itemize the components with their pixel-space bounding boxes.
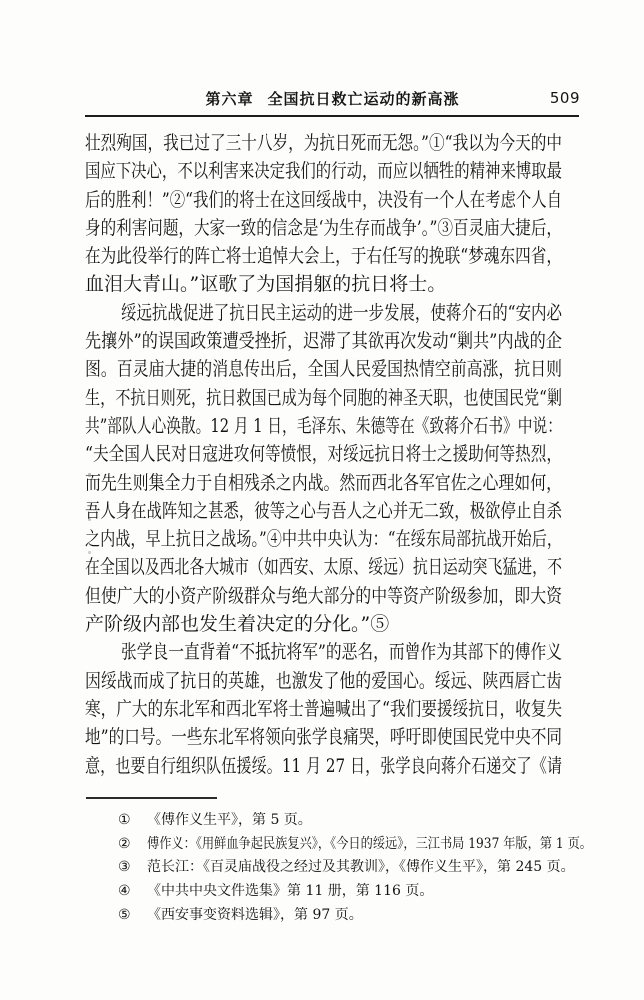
text-line: 地”的口号。一些东北军将领向张学良痛哭，呼吁即使国民党中央不同	[85, 723, 564, 751]
text-line-content: 因绥战而成了抗日的英雄，也激发了他的爱国心。绥远、陕西唇亡齿	[85, 667, 562, 695]
text-line: 意，也要自行组织队伍援绥。11 月 27 日，张学良向蒋介石递交了《请	[85, 752, 564, 780]
scan-artifact	[88, 518, 91, 521]
text-line: 而先生则集全力于自相残杀之内战。然而西北各军官佐之心理如何，	[85, 469, 564, 497]
page-number: 509	[550, 89, 580, 107]
chapter-heading: 第六章全国抗日救亡运动的新高涨	[85, 88, 580, 109]
footnote-text-wrap: 范长江：《百灵庙战役之经过及其教训》，《傅作义生平》，第 245 页。	[147, 856, 575, 880]
text-line: 但使广大的小资产阶级群众与绝大部分的中等资产阶级参加，即大资	[85, 582, 564, 610]
text-line: 吾人身在战阵知之甚悉，彼等之心与吾人之心并无二致，极欲停止自杀	[85, 497, 564, 525]
text-line-content: 而先生则集全力于自相残杀之内战。然而西北各军官佐之心理如何，	[85, 469, 562, 497]
text-line: 在为此役举行的阵亡将士追悼大会上，于右任写的挽联“梦魂东四省，	[85, 242, 564, 270]
scan-artifact	[88, 551, 91, 554]
footnote: ④ 《中共中央文件选集》第 11 册，第 116 页。	[118, 880, 596, 904]
footnote-marker: ③	[118, 856, 147, 880]
text-line-content: 张学良一直背着“不抵抗将军”的恶名，而曾作为其部下的傅作义	[121, 638, 562, 666]
scan-artifact	[88, 473, 91, 477]
footnote-text-wrap: 《西安事变资料选辑》，第 97 页。	[147, 904, 363, 928]
text-line: 绥远抗战促进了抗日民主运动的进一步发展，使蒋介石的“安内必	[85, 299, 564, 327]
text-line-content: 绥远抗战促进了抗日民主运动的进一步发展，使蒋介石的“安内必	[121, 299, 562, 327]
text-line-content: 在为此役举行的阵亡将士追悼大会上，于右任写的挽联“梦魂东四省，	[85, 242, 562, 270]
text-line-content: 图。百灵庙大捷的消息传出后，全国人民爱国热情空前高涨，抗日则	[85, 355, 562, 383]
text-line: 生，不抗日则死，抗日救国已成为每个同胞的神圣天职，也使国民党“剿	[85, 384, 564, 412]
chapter-title: 全国抗日救亡运动的新高涨	[268, 90, 460, 108]
footnote-text-wrap: 《中共中央文件选集》第 11 册，第 116 页。	[147, 880, 433, 904]
text-line: 血泪大青山。”讴歌了为国捐躯的抗日将士。	[85, 270, 564, 298]
text-line: 在全国以及西北各大城市（如西安、太原、绥远）抗日运动突飞猛进，不	[85, 553, 564, 581]
footnote-text: 傅作义：《用鲜血争起民族复兴》，《今日的绥远》，三江书局 1937 年版，第 1…	[147, 833, 592, 857]
footnote-marker: ②	[118, 833, 147, 857]
footnote: ② 傅作义：《用鲜血争起民族复兴》，《今日的绥远》，三江书局 1937 年版，第…	[118, 833, 596, 857]
text-line-content: 国应下决心，不以利害来决定我们的行动，而应以牺牲的精神来博取最	[85, 157, 562, 185]
text-line-content: 产阶级内部也发生着决定的分化。”⑤	[85, 610, 389, 638]
footnote-text: 《中共中央文件选集》第 11 册，第 116 页。	[147, 880, 433, 904]
text-line: 身的利害问题，大家一致的信念是‘为生存而战争’。”③百灵庙大捷后，	[85, 214, 564, 242]
text-line: 张学良一直背着“不抵抗将军”的恶名，而曾作为其部下的傅作义	[85, 638, 564, 666]
text-line: 图。百灵庙大捷的消息传出后，全国人民爱国热情空前高涨，抗日则	[85, 355, 564, 383]
text-line-content: 地”的口号。一些东北军将领向张学良痛哭，呼吁即使国民党中央不同	[85, 723, 562, 751]
text-line-content: 生，不抗日则死，抗日救国已成为每个同胞的神圣天职，也使国民党“剿	[85, 384, 562, 412]
page-header: 第六章全国抗日救亡运动的新高涨 509	[85, 88, 580, 110]
footnote-text: 《西安事变资料选辑》，第 97 页。	[147, 904, 363, 928]
text-line: 先攘外”的误国政策遭受挫折，迟滞了其欲再次发动“剿共”内战的企	[85, 327, 564, 355]
header-rule	[85, 115, 579, 117]
footnote-text: 范长江：《百灵庙战役之经过及其教训》，《傅作义生平》，第 245 页。	[147, 856, 575, 880]
text-line-content: 先攘外”的误国政策遭受挫折，迟滞了其欲再次发动“剿共”内战的企	[85, 327, 562, 355]
footnote: ① 《傅作义生平》，第 5 页。	[118, 809, 596, 833]
footnotes: ① 《傅作义生平》，第 5 页。 ② 傅作义：《用鲜血争起民族复兴》，《今日的绥…	[118, 809, 596, 927]
text-line-content: 意，也要自行组织队伍援绥。11 月 27 日，张学良向蒋介石递交了《请	[85, 752, 562, 780]
text-line: 因绥战而成了抗日的英雄，也激发了他的爱国心。绥远、陕西唇亡齿	[85, 667, 564, 695]
text-line: 壮烈殉国，我已过了三十八岁，为抗日死而无怨。”①“我以为今天的中	[85, 129, 564, 157]
body-text: 壮烈殉国，我已过了三十八岁，为抗日死而无怨。”①“我以为今天的中 国应下决心，不…	[85, 129, 564, 780]
text-line-content: 但使广大的小资产阶级群众与绝大部分的中等资产阶级参加，即大资	[85, 582, 562, 610]
text-line-content: 身的利害问题，大家一致的信念是‘为生存而战争’。”③百灵庙大捷后，	[85, 214, 562, 242]
chapter-number: 第六章	[205, 90, 253, 108]
text-line-content: 吾人身在战阵知之甚悉，彼等之心与吾人之心并无二致，极欲停止自杀	[85, 497, 562, 525]
text-line: 之内战，早上抗日之战场。”④中共中央认为：“在绥东局部抗战开始后，	[85, 525, 564, 553]
text-line: 共”部队人心涣散。12 月 1 日，毛泽东、朱德等在《致蒋介石书》中说：	[85, 412, 564, 440]
footnote-divider	[86, 797, 217, 799]
text-line: 国应下决心，不以利害来决定我们的行动，而应以牺牲的精神来博取最	[85, 157, 564, 185]
footnote: ⑤ 《西安事变资料选辑》，第 97 页。	[118, 904, 596, 928]
footnote-text-wrap: 傅作义：《用鲜血争起民族复兴》，《今日的绥远》，三江书局 1937 年版，第 1…	[147, 833, 644, 857]
text-line: 寒，广大的东北军和西北军将士普遍喊出了“我们要援绥抗日，收复失	[85, 695, 564, 723]
text-line-content: 后的胜利！”②“我们的将士在这回绥战中，决没有一个人在考虑个人自	[85, 186, 562, 214]
text-line-content: “夫全国人民对日寇进攻何等愤恨，对绥远抗日将士之援助何等热烈，	[85, 440, 562, 468]
text-line-content: 之内战，早上抗日之战场。”④中共中央认为：“在绥东局部抗战开始后，	[85, 525, 562, 553]
text-line-content: 共”部队人心涣散。12 月 1 日，毛泽东、朱德等在《致蒋介石书》中说：	[85, 412, 562, 440]
text-line-content: 在全国以及西北各大城市（如西安、太原、绥远）抗日运动突飞猛进，不	[85, 553, 562, 581]
text-line: 后的胜利！”②“我们的将士在这回绥战中，决没有一个人在考虑个人自	[85, 186, 564, 214]
footnote-text: 《傅作义生平》，第 5 页。	[147, 809, 312, 833]
footnote-text-wrap: 《傅作义生平》，第 5 页。	[147, 809, 312, 833]
footnote-marker: ④	[118, 880, 147, 904]
text-line-content: 寒，广大的东北军和西北军将士普遍喊出了“我们要援绥抗日，收复失	[85, 695, 562, 723]
text-line-content: 壮烈殉国，我已过了三十八岁，为抗日死而无怨。”①“我以为今天的中	[85, 129, 562, 157]
footnote: ③ 范长江：《百灵庙战役之经过及其教训》，《傅作义生平》，第 245 页。	[118, 856, 596, 880]
text-line-content: 血泪大青山。”讴歌了为国捐躯的抗日将士。	[85, 270, 446, 298]
text-line: “夫全国人民对日寇进攻何等愤恨，对绥远抗日将士之援助何等热烈，	[85, 440, 564, 468]
text-line: 产阶级内部也发生着决定的分化。”⑤	[85, 610, 564, 638]
footnote-marker: ⑤	[118, 904, 147, 928]
book-page: 第六章全国抗日救亡运动的新高涨 509 壮烈殉国，我已过了三十八岁，为抗日死而无…	[0, 0, 644, 1000]
footnote-marker: ①	[118, 809, 147, 833]
